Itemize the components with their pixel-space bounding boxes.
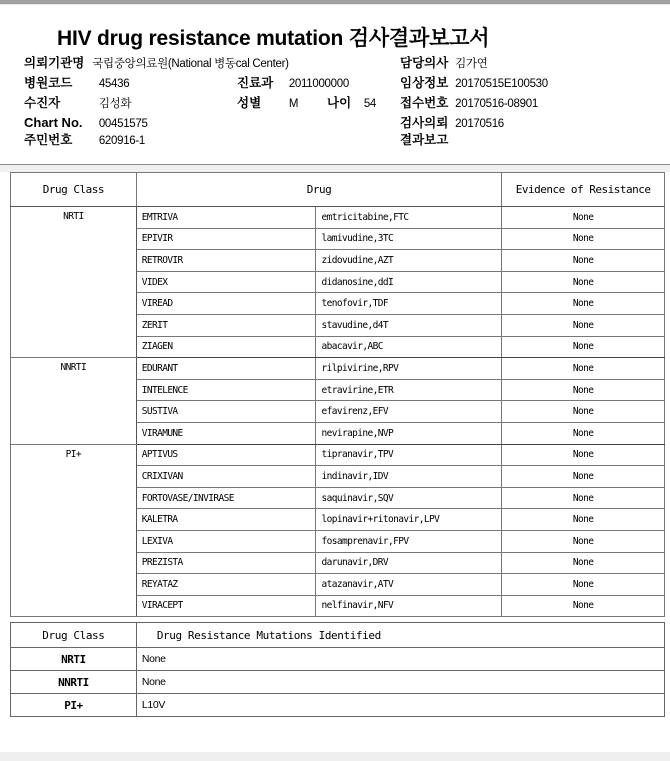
sex-value: M (289, 97, 298, 111)
receipt-no-value: 20170516-08901 (455, 97, 538, 111)
generic-name: abacavir,ABC (316, 336, 502, 358)
report-title: HIV drug resistance mutation 검사결과보고서 (57, 22, 489, 52)
generic-name: didanosine,ddI (316, 271, 502, 293)
generic-name: etravirine,ETR (316, 379, 502, 401)
evidence-value: None (502, 271, 665, 293)
table-row: PI+ L10V (11, 694, 665, 717)
test-request-field: 검사의뢰 20170516 (400, 116, 504, 131)
generic-name: nelfinavir,NFV (316, 595, 502, 617)
brand-name: APTIVUS (136, 444, 316, 466)
header-drug-class: Drug Class (11, 623, 137, 648)
table-row: NRTI None (11, 648, 665, 671)
evidence-value: None (502, 293, 665, 315)
examinee-label: 수진자 (24, 96, 95, 110)
resistance-table: Drug Class Drug Evidence of Resistance N… (10, 172, 665, 617)
receipt-no-label: 접수번호 (400, 96, 448, 110)
department-field: 진료과 2011000000 (237, 76, 349, 91)
generic-name: zidovudine,AZT (316, 250, 502, 272)
evidence-value: None (502, 379, 665, 401)
brand-name: ZERIT (136, 314, 316, 336)
drug-class-cell: PI+ (11, 444, 137, 617)
institution-value: 국립중앙의료원(National 병동cal Center) (92, 57, 288, 71)
age-value: 54 (364, 97, 376, 111)
chart-no-label: Chart No. (24, 116, 95, 130)
evidence-value: None (502, 422, 665, 444)
test-request-label: 검사의뢰 (400, 116, 448, 130)
hospital-code-value: 45436 (99, 77, 129, 91)
evidence-value: None (502, 336, 665, 358)
institution-field: 의뢰기관명 국립중앙의료원(National 병동cal Center) (24, 56, 289, 71)
evidence-value: None (502, 250, 665, 272)
evidence-value: None (502, 466, 665, 488)
examinee-field: 수진자 김성화 (24, 96, 131, 111)
generic-name: fosamprenavir,FPV (316, 530, 502, 552)
section-divider-band (0, 165, 670, 172)
brand-name: ZIAGEN (136, 336, 316, 358)
brand-name: SUSTIVA (136, 401, 316, 423)
mutation-table: Drug Class Drug Resistance Mutations Ide… (10, 622, 665, 717)
drug-class-cell: PI+ (11, 694, 137, 717)
receipt-no-field: 접수번호 20170516-08901 (400, 96, 538, 111)
evidence-value: None (502, 530, 665, 552)
generic-name: darunavir,DRV (316, 552, 502, 574)
generic-name: indinavir,IDV (316, 466, 502, 488)
brand-name: VIDEX (136, 271, 316, 293)
brand-name: FORTOVASE/INVIRASE (136, 487, 316, 509)
generic-name: emtricitabine,FTC (316, 207, 502, 229)
physician-field: 담당의사 김가연 (400, 56, 488, 71)
brand-name: RETROVIR (136, 250, 316, 272)
drug-class-cell: NRTI (11, 648, 137, 671)
brand-name: PREZISTA (136, 552, 316, 574)
physician-value: 김가연 (455, 57, 487, 71)
generic-name: stavudine,d4T (316, 314, 502, 336)
header-drug: Drug (136, 173, 502, 207)
clinical-info-label: 임상정보 (400, 76, 448, 90)
result-report-label: 결과보고 (400, 133, 448, 147)
brand-name: KALETRA (136, 509, 316, 531)
generic-name: lamivudine,3TC (316, 228, 502, 250)
brand-name: VIRAMUNE (136, 422, 316, 444)
mutations-value: L10V (136, 694, 664, 717)
generic-name: efavirenz,EFV (316, 401, 502, 423)
clinical-info-field: 임상정보 20170515E100530 (400, 76, 548, 91)
header-evidence: Evidence of Resistance (502, 173, 665, 207)
generic-name: lopinavir+ritonavir,LPV (316, 509, 502, 531)
institution-label: 의뢰기관명 (24, 56, 84, 70)
age-label: 나이 (327, 96, 360, 110)
generic-name: saquinavir,SQV (316, 487, 502, 509)
brand-name: EPIVIR (136, 228, 316, 250)
age-field: 나이 54 (327, 96, 376, 111)
test-request-value: 20170516 (455, 117, 504, 131)
table-row: PI+ APTIVUS tipranavir,TPV None (11, 444, 665, 466)
mutations-value: None (136, 648, 664, 671)
evidence-value: None (502, 552, 665, 574)
evidence-value: None (502, 228, 665, 250)
evidence-value: None (502, 314, 665, 336)
drug-class-cell: NNRTI (11, 671, 137, 694)
brand-name: VIRACEPT (136, 595, 316, 617)
clinical-info-value: 20170515E100530 (455, 77, 548, 91)
table-row: NNRTI EDURANT rilpivirine,RPV None (11, 358, 665, 380)
drug-class-cell: NRTI (11, 207, 137, 358)
sex-field: 성별 M (237, 96, 298, 111)
mutations-value: None (136, 671, 664, 694)
header-mutations: Drug Resistance Mutations Identified (136, 623, 664, 648)
physician-label: 담당의사 (400, 56, 448, 70)
drug-class-cell: NNRTI (11, 358, 137, 444)
evidence-value: None (502, 358, 665, 380)
evidence-value: None (502, 207, 665, 229)
examinee-value: 김성화 (99, 97, 131, 111)
brand-name: VIREAD (136, 293, 316, 315)
department-label: 진료과 (237, 76, 285, 90)
mutation-table-header: Drug Class Drug Resistance Mutations Ide… (11, 623, 665, 648)
evidence-value: None (502, 401, 665, 423)
brand-name: EDURANT (136, 358, 316, 380)
generic-name: tipranavir,TPV (316, 444, 502, 466)
brand-name: CRIXIVAN (136, 466, 316, 488)
generic-name: rilpivirine,RPV (316, 358, 502, 380)
result-report-field: 결과보고 (400, 133, 452, 147)
resident-no-field: 주민번호 620916-1 (24, 133, 145, 148)
evidence-value: None (502, 509, 665, 531)
table-row: NRTI EMTRIVA emtricitabine,FTC None (11, 207, 665, 229)
evidence-value: None (502, 444, 665, 466)
chart-no-value: 00451575 (99, 117, 148, 131)
table-row: NNRTI None (11, 671, 665, 694)
evidence-value: None (502, 595, 665, 617)
brand-name: REYATAZ (136, 574, 316, 596)
hospital-code-label: 병원코드 (24, 76, 95, 90)
page-bottom-band (0, 752, 670, 761)
sex-label: 성별 (237, 96, 285, 110)
generic-name: tenofovir,TDF (316, 293, 502, 315)
department-value: 2011000000 (289, 77, 349, 91)
generic-name: nevirapine,NVP (316, 422, 502, 444)
brand-name: INTELENCE (136, 379, 316, 401)
evidence-value: None (502, 574, 665, 596)
generic-name: atazanavir,ATV (316, 574, 502, 596)
hospital-code-field: 병원코드 45436 (24, 76, 129, 91)
header-drug-class: Drug Class (11, 173, 137, 207)
chart-no-field: Chart No. 00451575 (24, 116, 148, 131)
resistance-table-header: Drug Class Drug Evidence of Resistance (11, 173, 665, 207)
resident-no-label: 주민번호 (24, 133, 95, 147)
brand-name: EMTRIVA (136, 207, 316, 229)
brand-name: LEXIVA (136, 530, 316, 552)
resident-no-value: 620916-1 (99, 134, 145, 148)
evidence-value: None (502, 487, 665, 509)
window-top-edge-highlight (0, 4, 670, 5)
